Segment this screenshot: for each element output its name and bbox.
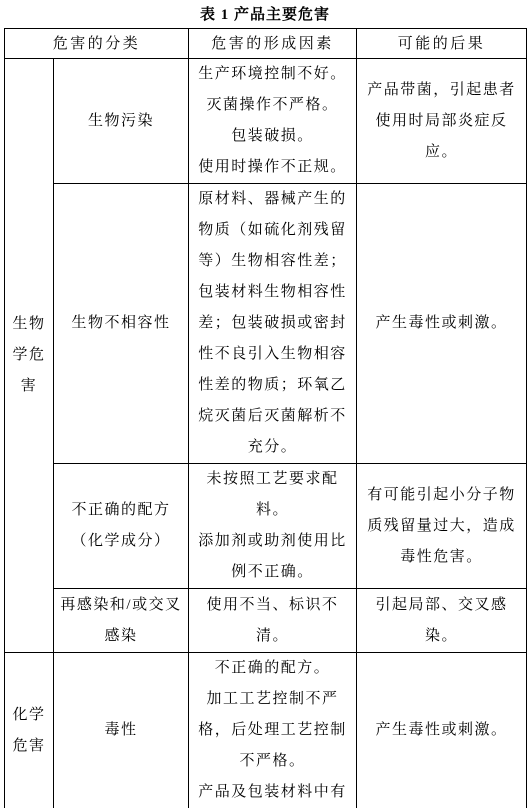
hazard-factors-cell: 不正确的配方。 加工工艺控制不严格，后处理工艺控制不严格。 产品及包装材料中有	[189, 653, 357, 808]
table-row: 化学危害 毒性 不正确的配方。 加工工艺控制不严格，后处理工艺控制不严格。 产品…	[5, 653, 527, 808]
hazard-consequence-cell: 有可能引起小分子物质残留量过大，造成毒性危害。	[357, 464, 527, 589]
hazard-consequence-cell: 产生毒性或刺激。	[357, 653, 527, 808]
header-possible-consequences: 可能的后果	[357, 29, 527, 59]
hazard-consequence-cell: 产生毒性或刺激。	[357, 184, 527, 464]
rowgroup-label-biological-hazard: 生物学危害	[5, 59, 54, 653]
hazard-factors-cell: 使用不当、标识不清。	[189, 589, 357, 653]
table-row: 生物学危害 生物污染 生产环境控制不好。 灭菌操作不严格。 包装破损。 使用时操…	[5, 59, 527, 184]
hazard-table: 危害的分类 危害的形成因素 可能的后果 生物学危害 生物污染 生产环境控制不好。…	[4, 28, 527, 808]
hazard-consequence-cell: 引起局部、交叉感染。	[357, 589, 527, 653]
hazard-factors-cell: 生产环境控制不好。 灭菌操作不严格。 包装破损。 使用时操作不正规。	[189, 59, 357, 184]
header-hazard-classification: 危害的分类	[5, 29, 189, 59]
hazard-class-cell: 再感染和/或交叉 感染	[54, 589, 189, 653]
table-row: 生物不相容性 原材料、器械产生的物质（如硫化剂残留等）生物相容性差；包装材料生物…	[5, 184, 527, 464]
hazard-factors-cell: 原材料、器械产生的物质（如硫化剂残留等）生物相容性差；包装材料生物相容性差；包装…	[189, 184, 357, 464]
table-row: 不正确的配方 （化学成分） 未按照工艺要求配料。 添加剂或助剂使用比例不正确。 …	[5, 464, 527, 589]
table-caption: 表 1 产品主要危害	[0, 0, 530, 28]
hazard-class-cell: 生物不相容性	[54, 184, 189, 464]
hazard-class-cell: 毒性	[54, 653, 189, 808]
header-formation-factors: 危害的形成因素	[189, 29, 357, 59]
rowgroup-label-chemical-hazard: 化学危害	[5, 653, 54, 808]
document-page: 表 1 产品主要危害 危害的分类 危害的形成因素 可能的后果 生物学危害 生物污…	[0, 0, 530, 808]
hazard-class-cell: 不正确的配方 （化学成分）	[54, 464, 189, 589]
hazard-consequence-cell: 产品带菌，引起患者使用时局部炎症反应。	[357, 59, 527, 184]
hazard-factors-cell: 未按照工艺要求配料。 添加剂或助剂使用比例不正确。	[189, 464, 357, 589]
table-row: 再感染和/或交叉 感染 使用不当、标识不清。 引起局部、交叉感染。	[5, 589, 527, 653]
header-row: 危害的分类 危害的形成因素 可能的后果	[5, 29, 527, 59]
hazard-class-cell: 生物污染	[54, 59, 189, 184]
